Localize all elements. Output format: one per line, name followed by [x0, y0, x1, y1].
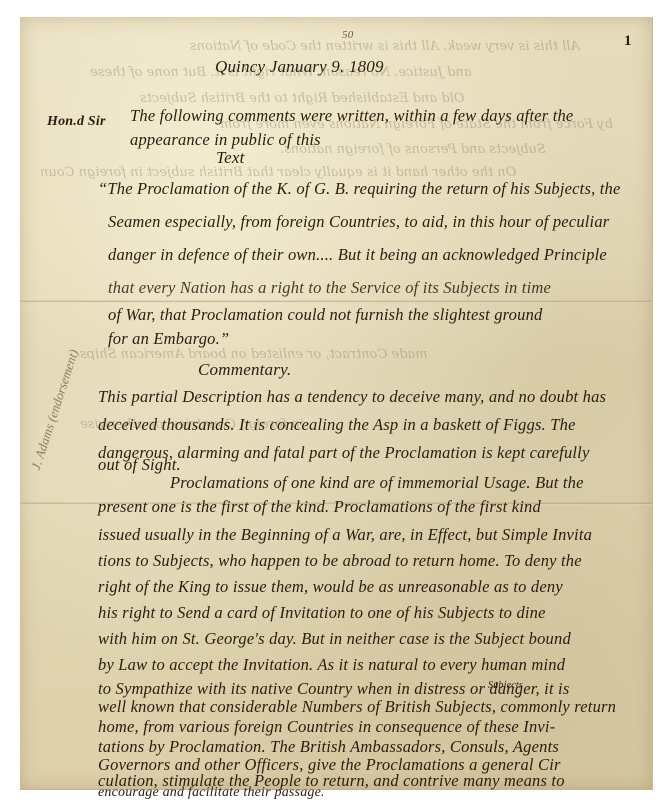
commentary-line: by Law to accept the Invitation. As it i… — [98, 655, 565, 675]
commentary-heading: Commentary. — [198, 360, 291, 380]
commentary-line: right of the King to issue them, would b… — [98, 577, 563, 597]
commentary-line: tions to Subjects, who happen to be abro… — [98, 551, 582, 571]
commentary-line: encourage and facilitate their passage. — [98, 785, 325, 800]
commentary-line: deceived thousands. It is concealing the… — [98, 415, 576, 435]
commentary-line: Proclamations of one kind are of immemor… — [170, 473, 584, 493]
text-line: that every Nation has a right to the Ser… — [108, 278, 551, 298]
text-line: danger in defence of their own.... But i… — [108, 245, 607, 265]
page-number: 1 — [624, 33, 632, 50]
commentary-line: This partial Description has a tendency … — [98, 387, 606, 407]
commentary-line: present one is the first of the kind. Pr… — [98, 497, 541, 517]
text-line: of War, that Proclamation could not furn… — [108, 305, 542, 325]
archive-number: 50 — [342, 29, 353, 41]
commentary-line: his right to Send a card of Invitation t… — [98, 603, 546, 623]
dateline: Quincy January 9. 1809 — [215, 57, 384, 77]
commentary-line: with him on St. George's day. But in nei… — [98, 629, 571, 649]
margin-endorsement: J. Adams (endorsement) — [28, 347, 82, 472]
intro-line: The following comments were written, wit… — [130, 106, 573, 126]
commentary-line: issued usually in the Beginning of a War… — [98, 525, 592, 545]
salutation: Hon.d Sir — [47, 114, 106, 130]
reverse-bleed-text: On the other hand it is equally clear th… — [40, 165, 516, 180]
interlinear-insertion: Subjects — [488, 680, 523, 691]
commentary-line: out of Sight. — [98, 455, 181, 475]
reverse-bleed-text: All this is very weak. All this is writt… — [190, 39, 580, 54]
text-line: for an Embargo.” — [108, 329, 229, 349]
commentary-line: tations by Proclamation. The British Amb… — [98, 737, 559, 757]
commentary-line: well known that considerable Numbers of … — [98, 697, 616, 717]
commentary-line: home, from various foreign Countries in … — [98, 717, 555, 737]
reverse-bleed-text: Old and Established Right to the British… — [140, 91, 464, 106]
intro-line: appearance in public of this — [130, 130, 321, 150]
manuscript-page: All this is very weak. All this is writt… — [20, 17, 653, 790]
text-line: “The Proclamation of the K. of G. B. req… — [98, 179, 620, 199]
paper-fold-line — [20, 300, 652, 303]
text-heading: Text — [216, 148, 245, 168]
text-line: Seamen especially, from foreign Countrie… — [108, 212, 609, 232]
